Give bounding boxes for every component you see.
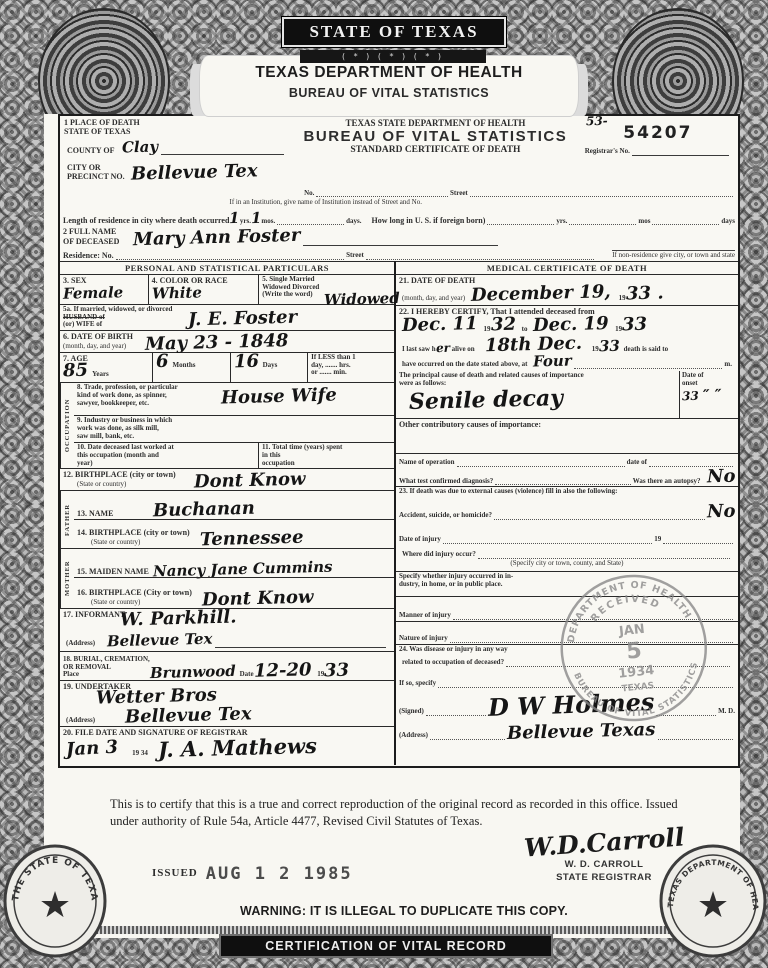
certification-of-vital-record-banner: CERTIFICATION OF VITAL RECORD	[219, 934, 553, 958]
sex-race-marital-row: 3. SEX Female 4. COLOR OR RACE White 5. …	[60, 274, 394, 304]
father-birthplace-field: 14. BIRTHPLACE (city or town) (State or …	[74, 519, 394, 548]
dept-title-line2: BUREAU OF VITAL STATISTICS	[293, 128, 578, 145]
contributory-label: Other contributory causes of importance:	[399, 420, 735, 429]
personal-particulars-title: PERSONAL AND STATISTICAL PARTICULARS	[60, 261, 394, 274]
father-name-value: Buchanan	[153, 501, 255, 520]
medical-certificate-title: MEDICAL CERTIFICATE OF DEATH	[396, 261, 738, 274]
no-label: No.	[304, 190, 314, 198]
received-stamp: DEPARTMENT OF HEALTH RECEIVED JAN 5 1934…	[550, 564, 718, 736]
state-banner-text: STATE OF TEXAS	[309, 22, 478, 41]
autopsy-line: What test confirmed diagnosis? Was there…	[396, 468, 738, 486]
street2-underline	[366, 248, 594, 260]
age-months-field: 6 Months	[152, 353, 230, 382]
spouse-value: J. E. Foster	[188, 309, 297, 328]
paper-panel: 1 PLACE OF DEATH STATE OF TEXAS COUNTY O…	[44, 114, 740, 938]
undertaker-address-value: Bellevue Tex	[125, 707, 252, 726]
attended-from-value: Dec. 11	[402, 316, 478, 334]
length-yrs-value: 1	[229, 212, 240, 226]
dept-title-line1: TEXAS STATE DEPARTMENT OF HEALTH	[293, 118, 578, 128]
stamp-day: 5	[625, 638, 643, 664]
seal-right-star-icon: ★	[697, 885, 729, 926]
trade-value: House Wife	[221, 388, 337, 407]
full-name-line: 2 FULL NAME OF DECEASED Mary Ann Foster	[60, 226, 738, 246]
mother-birthplace-label: 16. BIRTHPLACE (City or town) (State or …	[77, 588, 192, 607]
registrar-no-label: Registrar's No.	[585, 148, 630, 156]
residence-line: Residence: No. Street If non-residence g…	[60, 247, 738, 261]
race-field: 4. COLOR OR RACE White	[148, 275, 259, 304]
external-causes-line: 23. If death was due to external causes …	[396, 486, 738, 497]
registrar-signature: J. A. Mathews	[158, 737, 317, 760]
spouse-label: 5a. If married, widowed, or divorced HUS…	[63, 306, 172, 329]
residence-label: Residence: No.	[63, 251, 114, 260]
birthplace-value: Dont Know	[193, 471, 305, 490]
sex-value: Female	[63, 286, 124, 301]
personal-particulars-column: PERSONAL AND STATISTICAL PARTICULARS 3. …	[60, 261, 396, 766]
cause-of-death-block: The principal cause of death and related…	[396, 371, 738, 418]
last-saw-year: 33	[599, 340, 620, 354]
last-saw-pronoun: er	[435, 342, 449, 353]
occupation-block: OCCUPATION 8. Trade, profession, or part…	[60, 382, 394, 468]
mother-name-label: 15. MAIDEN NAME	[77, 567, 149, 576]
nonresidence-note: If non-residence give city, or town and …	[612, 250, 735, 260]
father-birthplace-value: Tennessee	[199, 530, 303, 549]
file-date-field: 20. FILE DATE AND SIGNATURE OF REGISTRAR…	[60, 726, 394, 765]
undertaker-address-label: (Address)	[66, 717, 95, 725]
onset-year-value: 33	[682, 391, 699, 402]
accident-value: No	[706, 503, 735, 520]
masthead-scroll: TEXAS DEPARTMENT OF HEALTH BUREAU OF VIT…	[200, 56, 578, 116]
dob-label: 6. DATE OF BIRTH (month, day, and year)	[63, 332, 133, 351]
mother-side-label: MOTHER	[60, 549, 74, 608]
state-of-texas-label: STATE OF TEXAS	[64, 127, 289, 136]
age-days-value: 16	[233, 354, 258, 371]
date-of-onset-column: Date of onset 33 ″ ″	[679, 371, 738, 418]
full-name-underline	[303, 234, 499, 246]
issued-date-stamp: AUG 1 2 1985	[206, 864, 353, 884]
age-years-value: 85	[63, 363, 88, 380]
days2-label: days	[721, 218, 735, 226]
mos2-underline	[569, 213, 636, 225]
age-row: 7. AGE 85 Years 6 Months 16 Days	[60, 352, 394, 382]
street-line: No. Street	[60, 184, 738, 198]
occurred-time-value: Four	[533, 355, 572, 370]
file-prefix-value: 53-	[586, 116, 608, 127]
file-date-value: Jan 3	[66, 740, 119, 759]
texas-department-of-health-seal: TEXAS DEPARTMENT OF HEALTH ★	[658, 843, 768, 964]
residence-no-underline	[116, 248, 344, 260]
attended-to-value: Dec. 19	[533, 316, 609, 334]
contributory-field: Other contributory causes of importance:	[396, 418, 738, 453]
city-or-precinct-label: CITY OR PRECINCT NO.	[67, 163, 125, 181]
burial-date-value: 12-20	[253, 662, 311, 680]
length-label: Length of residence in city where death …	[63, 216, 229, 225]
county-underline	[161, 143, 285, 155]
father-name-field: 13. NAME Buchanan	[74, 491, 394, 519]
race-value: White	[151, 286, 201, 301]
father-side-label: FATHER	[60, 491, 74, 548]
city-value: Bellevue Tex	[130, 163, 257, 182]
days2-underline	[652, 213, 719, 225]
warning-text: WARNING: IT IS ILLEGAL TO DUPLICATE THIS…	[164, 904, 644, 918]
occurred-line: have occurred on the date stated above, …	[399, 354, 735, 370]
masthead-department-title: TEXAS DEPARTMENT OF HEALTH	[200, 64, 578, 82]
marital-value: Widowed	[324, 292, 400, 307]
burial-label: 18. BURIAL, CREMATION, OR REMOVAL Place	[63, 656, 150, 679]
last-worked-row: 10. Date deceased last worked at this oc…	[74, 442, 394, 468]
date-of-death-field: 21. DATE OF DEATH (month, day, and year)…	[396, 274, 738, 305]
state-of-texas-seal: THE STATE OF TEXAS ★	[2, 843, 108, 964]
birthplace-row: 12. BIRTHPLACE (city or town) (State or …	[60, 468, 394, 490]
yrs-label: yrs.	[240, 218, 251, 226]
mother-birthplace-value: Dont Know	[202, 589, 314, 608]
less-than-day-field: If LESS than 1 day, ....... hrs. or ....…	[307, 353, 394, 382]
days-underline	[277, 213, 344, 225]
burial-place-value: Brunwood	[150, 664, 236, 680]
institution-note: If in an Institution, give name of Insti…	[230, 199, 422, 207]
informant-address-label: (Address)	[66, 640, 95, 648]
age-months-value: 6	[156, 354, 169, 371]
death-certificate-scan: STATE OF TEXAS ( * ) ( * ) ( * ) TEXAS D…	[0, 0, 768, 968]
operation-line: Name of operation date of	[396, 453, 738, 468]
yrs2-underline	[487, 213, 554, 225]
industry-field: 9. Industry or business in which work wa…	[74, 415, 394, 442]
last-worked-field: 10. Date deceased last worked at this oc…	[74, 443, 258, 468]
institution-note-line: If in an Institution, give name of Insti…	[60, 198, 738, 208]
date-of-death-year: 33 .	[625, 286, 663, 303]
no-underline	[316, 185, 448, 197]
cause-field: The principal cause of death and related…	[396, 371, 679, 418]
place-of-death-block: 1 PLACE OF DEATH STATE OF TEXAS COUNTY O…	[60, 116, 293, 184]
mother-name-value: Nancy Jane Cummins	[153, 560, 333, 578]
father-block: FATHER 13. NAME Buchanan 14. BIRTHPLACE …	[60, 490, 394, 548]
burial-date-label: Date	[240, 671, 254, 679]
injury-date-line: Date of injury 19	[396, 521, 738, 545]
burial-field: 18. BURIAL, CREMATION, OR REMOVAL Place …	[60, 651, 394, 680]
certification-statement: This is to certify that this is a true a…	[110, 796, 680, 830]
issued-row: ISSUED AUG 1 2 1985	[152, 864, 353, 884]
attended-from-year: 32	[490, 317, 515, 334]
place-of-death-label: 1 PLACE OF DEATH	[64, 118, 289, 127]
certify-block: 22. I HEREBY CERTIFY, That I attended de…	[396, 305, 738, 371]
father-birthplace-label: 14. BIRTHPLACE (city or town) (State or …	[77, 528, 190, 547]
file-date-year: 19 34	[132, 750, 148, 758]
mother-name-field: 15. MAIDEN NAME Nancy Jane Cummins	[74, 549, 394, 577]
stamp-month: JAN	[617, 622, 645, 640]
street2-label: Street	[346, 252, 364, 260]
certificate-form: 1 PLACE OF DEATH STATE OF TEXAS COUNTY O…	[58, 114, 740, 768]
registrar-no-underline	[632, 144, 729, 156]
days-label: days.	[346, 218, 361, 226]
father-name-label: 13. NAME	[77, 509, 113, 518]
informant-value: W. Parkhill.	[120, 610, 237, 629]
birthplace-label: 12. BIRTHPLACE (city or town) (State or …	[63, 470, 176, 489]
date-of-death-value: December 19,	[471, 284, 611, 304]
banner-ornament-strip: ( * ) ( * ) ( * )	[300, 50, 486, 63]
cause-of-death-value: Senile decay	[409, 389, 564, 413]
dept-title-line3: STANDARD CERTIFICATE OF DEATH	[293, 145, 578, 156]
stamp-state: TEXAS	[621, 681, 655, 694]
autopsy-value: No	[706, 469, 735, 486]
informant-field: 17. INFORMANT W. Parkhill. (Address) Bel…	[60, 608, 394, 651]
certification-footer: This is to certify that this is a true a…	[44, 780, 740, 830]
street-underline	[470, 185, 733, 197]
accident-line: Accident, suicide, or homicide? No	[396, 497, 738, 521]
yrs2-label: yrs.	[556, 218, 567, 226]
state-of-texas-banner: STATE OF TEXAS	[281, 16, 507, 48]
full-name-label: 2 FULL NAME OF DECEASED	[63, 227, 119, 245]
form-header: 1 PLACE OF DEATH STATE OF TEXAS COUNTY O…	[60, 116, 738, 184]
border-hatch-strip	[44, 926, 740, 934]
dob-row: 6. DATE OF BIRTH (month, day, and year) …	[60, 330, 394, 352]
mother-block: MOTHER 15. MAIDEN NAME Nancy Jane Cummin…	[60, 548, 394, 608]
dob-value: May 23 - 1848	[145, 333, 289, 353]
seal-left-star-icon: ★	[39, 885, 71, 926]
attended-to-year: 33	[622, 317, 647, 334]
county-value: Clay	[122, 141, 158, 155]
county-label: COUNTY OF	[67, 146, 114, 155]
marital-field: 5. Single Married Widowed Divorced (Writ…	[258, 275, 394, 304]
full-name-value: Mary Ann Foster	[133, 227, 301, 248]
age-years-field: 7. AGE 85 Years	[60, 353, 152, 382]
form-title-block: TEXAS STATE DEPARTMENT OF HEALTH BUREAU …	[293, 116, 578, 184]
registrar-number-block: 53- 54207 Registrar's No.	[578, 116, 738, 184]
burial-year-value: 33	[324, 663, 349, 680]
length-mos-value: 1	[251, 212, 262, 226]
street-label: Street	[450, 190, 468, 198]
age-days-field: 16 Days	[230, 353, 308, 382]
stamp-year: 1934	[618, 663, 656, 682]
mother-birthplace-field: 16. BIRTHPLACE (City or town) (State or …	[74, 577, 394, 608]
total-time-field: 11. Total time (years) spent in this occ…	[258, 443, 394, 468]
onset-ditto-marks: ″ ″	[703, 389, 722, 403]
masthead-bureau-title: BUREAU OF VITAL STATISTICS	[200, 86, 578, 100]
length-of-residence-line: Length of residence in city where death …	[60, 211, 738, 227]
undertaker-field: 19. UNDERTAKER Wetter Bros (Address) Bel…	[60, 680, 394, 726]
foreign-born-label: How long in U. S. if foreign born)	[372, 216, 486, 225]
mos2-label: mos	[638, 218, 650, 226]
mos-label: mos.	[261, 218, 275, 226]
issued-label: ISSUED	[152, 867, 198, 879]
trade-field: 8. Trade, profession, or particular kind…	[74, 383, 394, 415]
occupation-side-label: OCCUPATION	[60, 383, 74, 468]
sex-field: 3. SEX Female	[60, 275, 148, 304]
informant-address-value: Bellevue Tex	[107, 633, 213, 649]
bottom-banner-text: CERTIFICATION OF VITAL RECORD	[265, 939, 507, 953]
